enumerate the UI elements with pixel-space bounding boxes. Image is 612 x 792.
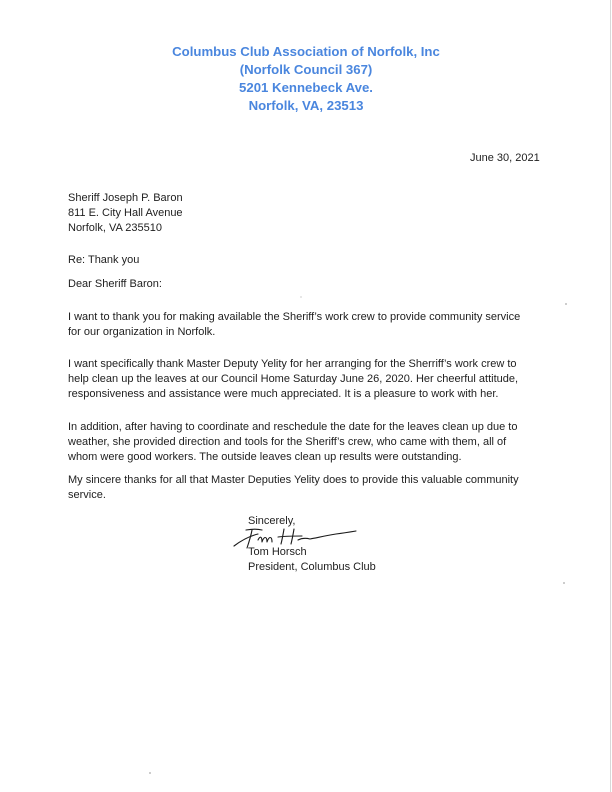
- paragraph-3: In addition, after having to coordinate …: [68, 420, 517, 465]
- salutation: Dear Sheriff Baron:: [68, 277, 162, 292]
- letterhead-council: (Norfolk Council 367): [0, 61, 612, 79]
- paragraph-line: responsiveness and assistance were much …: [68, 387, 518, 402]
- paragraph-line: I want to thank you for making available…: [68, 310, 520, 325]
- letterhead: Columbus Club Association of Norfolk, In…: [0, 43, 612, 115]
- recipient-name: Sheriff Joseph P. Baron: [68, 191, 183, 206]
- paragraph-line: In addition, after having to coordinate …: [68, 420, 517, 435]
- signer-title: President, Columbus Club: [248, 560, 376, 575]
- scan-speck: [300, 296, 302, 298]
- paragraph-4: My sincere thanks for all that Master De…: [68, 473, 519, 503]
- paragraph-line: weather, she provided direction and tool…: [68, 435, 517, 450]
- letter-date: June 30, 2021: [470, 152, 540, 164]
- paragraph-line: My sincere thanks for all that Master De…: [68, 473, 519, 488]
- recipient-address: Sheriff Joseph P. Baron 811 E. City Hall…: [68, 191, 183, 236]
- scan-edge-line: [610, 0, 611, 792]
- scan-speck: [565, 303, 567, 305]
- recipient-street: 811 E. City Hall Avenue: [68, 206, 183, 221]
- paragraph-line: whom were good workers. The outside leav…: [68, 450, 517, 465]
- handwritten-signature-icon: [232, 526, 362, 554]
- paragraph-line: I want specifically thank Master Deputy …: [68, 357, 518, 372]
- paragraph-line: help clean up the leaves at our Council …: [68, 372, 518, 387]
- letterhead-organization: Columbus Club Association of Norfolk, In…: [0, 43, 612, 61]
- paragraph-line: service.: [68, 488, 519, 503]
- subject-line: Re: Thank you: [68, 253, 139, 268]
- letter-page: Columbus Club Association of Norfolk, In…: [0, 0, 612, 792]
- scan-speck: [563, 582, 565, 584]
- paragraph-2: I want specifically thank Master Deputy …: [68, 357, 518, 402]
- letterhead-street: 5201 Kennebeck Ave.: [0, 79, 612, 97]
- letterhead-city: Norfolk, VA, 23513: [0, 97, 612, 115]
- scan-speck: [149, 772, 151, 774]
- paragraph-1: I want to thank you for making available…: [68, 310, 520, 340]
- paragraph-line: for our organization in Norfolk.: [68, 325, 520, 340]
- recipient-city: Norfolk, VA 235510: [68, 221, 183, 236]
